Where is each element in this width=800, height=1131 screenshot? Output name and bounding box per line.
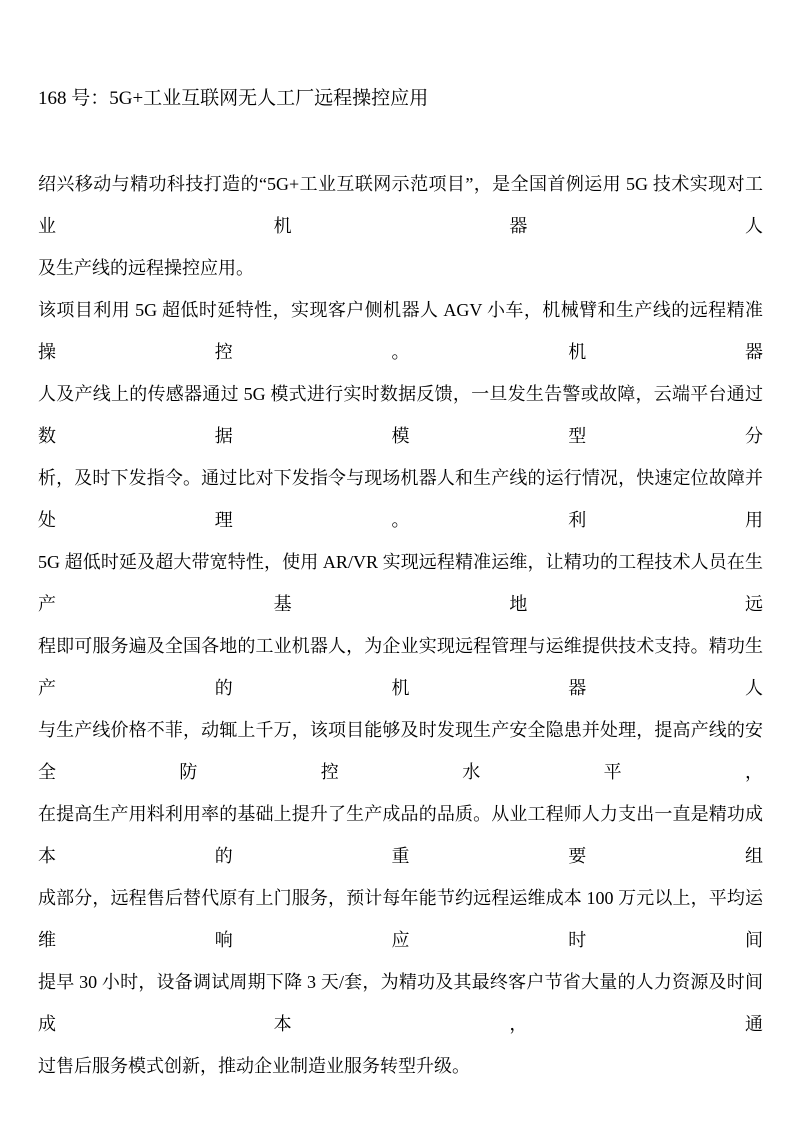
paragraph-line: 成部分，远程售后替代原有上门服务，预计每年能节约远程运维成本 100 万元以上，… [38, 877, 763, 961]
document-content: 168 号：5G+工业互联网无人工厂远程操控应用 绍兴移动与精功科技打造的“5G… [0, 0, 800, 1087]
paragraph-line: 程即可服务遍及全国各地的工业机器人，为企业实现远程管理与运维提供技术支持。精功生… [38, 625, 763, 709]
paragraph-intro: 绍兴移动与精功科技打造的“5G+工业互联网示范项目”，是全国首例运用 5G 技术… [38, 163, 763, 289]
paragraph-line: 过售后服务模式创新，推动企业制造业服务转型升级。 [38, 1045, 763, 1087]
paragraph-line: 析，及时下发指令。通过比对下发指令与现场机器人和生产线的运行情况，快速定位故障并… [38, 457, 763, 541]
paragraph-line: 与生产线价格不菲，动辄上千万，该项目能够及时发现生产安全隐患并处理，提高产线的安… [38, 709, 763, 793]
paragraph-line: 5G 超低时延及超大带宽特性，使用 AR/VR 实现远程精准运维，让精功的工程技… [38, 541, 763, 625]
paragraph-line: 在提高生产用料利用率的基础上提升了生产成品的品质。从业工程师人力支出一直是精功成… [38, 793, 763, 877]
title-body-spacer [38, 120, 763, 163]
paragraph-body: 该项目利用 5G 超低时延特性，实现客户侧机器人 AGV 小车，机械臂和生产线的… [38, 289, 763, 1087]
paragraph-line: 该项目利用 5G 超低时延特性，实现客户侧机器人 AGV 小车，机械臂和生产线的… [38, 289, 763, 373]
document-title: 168 号：5G+工业互联网无人工厂远程操控应用 [38, 78, 763, 120]
paragraph-line: 提早 30 小时，设备调试周期下降 3 天/套，为精功及其最终客户节省大量的人力… [38, 961, 763, 1045]
paragraph-line: 及生产线的远程操控应用。 [38, 247, 763, 289]
paragraph-line: 绍兴移动与精功科技打造的“5G+工业互联网示范项目”，是全国首例运用 5G 技术… [38, 163, 763, 247]
paragraph-line: 人及产线上的传感器通过 5G 模式进行实时数据反馈，一旦发生告警或故障，云端平台… [38, 373, 763, 457]
document-page: 168 号：5G+工业互联网无人工厂远程操控应用 绍兴移动与精功科技打造的“5G… [0, 0, 800, 1131]
